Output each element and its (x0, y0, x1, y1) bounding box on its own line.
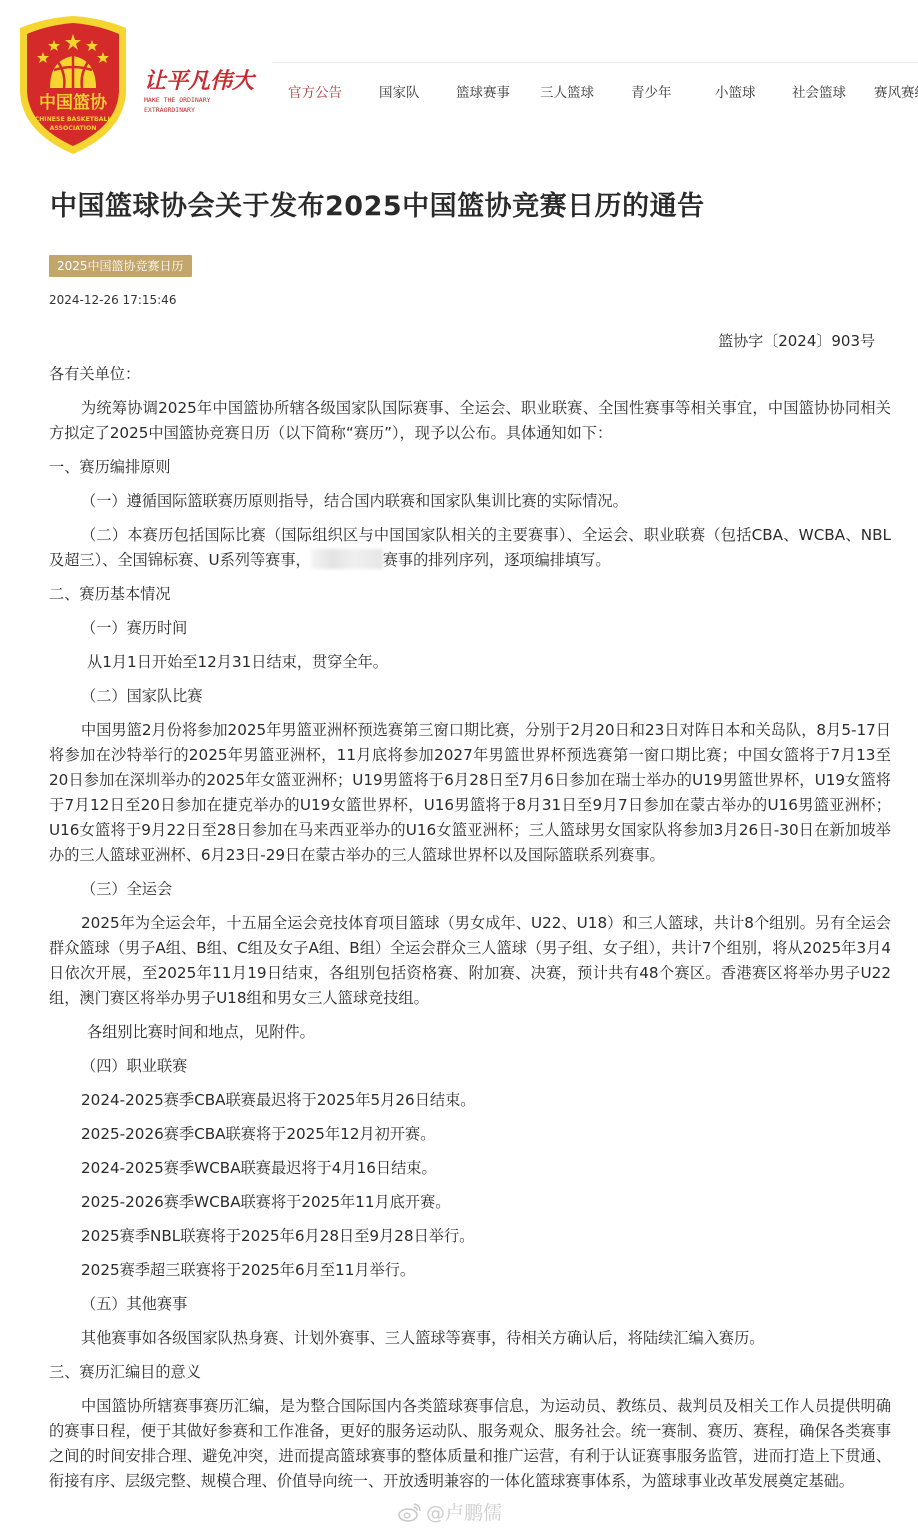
nav-item-youth[interactable]: 青少年 (631, 84, 715, 102)
publish-datetime: 2024-12-26 17:15:46 (49, 293, 176, 307)
intro-paragraph: 为统筹协调2025年中国篮协所辖各级国家队国际赛事、全运会、职业联赛、全国性赛事… (49, 396, 891, 446)
section-3-text: 中国篮协所辖赛事赛历汇编，是为整合国际国内各类篮球赛事信息，为运动员、教练员、裁… (49, 1394, 891, 1494)
section-1-item-2: （二）本赛历包括国际比赛（国际组织区与中国国家队相关的主要赛事）、全运会、职业联… (49, 523, 891, 573)
nav-item-discipline[interactable]: 赛风赛纪 (874, 84, 918, 102)
nav-item-community-basketball[interactable]: 社会篮球 (792, 84, 874, 102)
cba-logo[interactable]: 中国篮协 CHINESE BASKETBALL ASSOCIATION (14, 14, 132, 156)
svg-text:ASSOCIATION: ASSOCIATION (50, 125, 97, 132)
weibo-watermark: @卢鹏儒 (398, 1498, 502, 1525)
section-2-2-heading: （二）国家队比赛 (49, 684, 891, 709)
section-2-5-heading: （五）其他赛事 (49, 1292, 891, 1317)
section-1-item-2-text-b: 赛事的排列序列，逐项编排填写。 (383, 551, 611, 569)
section-3-heading: 三、赛历汇编目的意义 (49, 1360, 891, 1385)
nav-divider (272, 62, 918, 63)
redacted-blur (311, 549, 383, 569)
league-item: 2025赛季NBL联赛将于2025年6月28日至9月28日举行。 (49, 1224, 891, 1249)
slogan-cn: 让平凡伟大 (144, 70, 264, 94)
article-body: 各有关单位： 为统筹协调2025年中国篮协所辖各级国家队国际赛事、全运会、职业联… (49, 362, 891, 1503)
article-tag[interactable]: 2025中国篮协竞赛日历 (49, 255, 192, 277)
section-2-5-text: 其他赛事如各级国家队热身赛、计划外赛事、三人篮球等赛事，待相关方确认后，将陆续汇… (49, 1326, 891, 1351)
section-2-3-note: 各组别比赛时间和地点，见附件。 (49, 1020, 891, 1045)
salutation: 各有关单位： (49, 362, 891, 387)
shield-logo-icon: 中国篮协 CHINESE BASKETBALL ASSOCIATION (14, 14, 132, 156)
nav-item-official-notice[interactable]: 官方公告 (288, 84, 379, 102)
section-2-3-text: 2025年为全运会年，十五届全运会竞技体育项目篮球（男女成年、U22、U18）和… (49, 911, 891, 1011)
svg-text:中国篮协: 中国篮协 (39, 92, 108, 113)
league-item: 2025-2026赛季WCBA联赛将于2025年11月底开赛。 (49, 1190, 891, 1215)
watermark-text: @卢鹏儒 (426, 1498, 502, 1525)
document-number: 篮协字〔2024〕903号 (718, 330, 875, 351)
svg-text:CHINESE BASKETBALL: CHINESE BASKETBALL (35, 116, 112, 123)
league-item: 2025赛季超三联赛将于2025年6月至11月举行。 (49, 1258, 891, 1283)
league-item: 2025-2026赛季CBA联赛将于2025年12月初开赛。 (49, 1122, 891, 1147)
section-1-heading: 一、赛历编排原则 (49, 455, 891, 480)
league-item: 2024-2025赛季WCBA联赛最迟将于4月16日结束。 (49, 1156, 891, 1181)
site-header: 中国篮协 CHINESE BASKETBALL ASSOCIATION 让平凡伟… (0, 0, 918, 165)
slogan-en-line1: MAKE THE ORDINARY (144, 96, 264, 104)
section-2-1-text: 从1月1日开始至12月31日结束，贯穿全年。 (49, 650, 891, 675)
nav-item-basketball-events[interactable]: 篮球赛事 (456, 84, 540, 102)
section-2-4-heading: （四）职业联赛 (49, 1054, 891, 1079)
nav-item-mini-basketball[interactable]: 小篮球 (715, 84, 792, 102)
article-title: 中国篮球协会关于发布2025中国篮协竞赛日历的通告 (50, 184, 705, 223)
section-2-2-text: 中国男篮2月份将参加2025年男篮亚洲杯预选赛第三窗口期比赛，分别于2月20日和… (49, 718, 891, 868)
section-2-1-heading: （一）赛历时间 (49, 616, 891, 641)
main-nav: 官方公告 国家队 篮球赛事 三人篮球 青少年 小篮球 社会篮球 赛风赛纪 (288, 84, 918, 102)
nav-item-national-team[interactable]: 国家队 (379, 84, 456, 102)
section-2-heading: 二、赛历基本情况 (49, 582, 891, 607)
weibo-icon (398, 1502, 422, 1522)
league-item: 2024-2025赛季CBA联赛最迟将于2025年5月26日结束。 (49, 1088, 891, 1113)
section-1-item-1: （一）遵循国际篮联赛历原则指导，结合国内联赛和国家队集训比赛的实际情况。 (49, 489, 891, 514)
slogan: 让平凡伟大 MAKE THE ORDINARY EXTRAORDINARY (144, 70, 264, 120)
slogan-en-line2: EXTRAORDINARY (144, 106, 264, 114)
nav-item-3x3[interactable]: 三人篮球 (540, 84, 631, 102)
section-2-3-heading: （三）全运会 (49, 877, 891, 902)
